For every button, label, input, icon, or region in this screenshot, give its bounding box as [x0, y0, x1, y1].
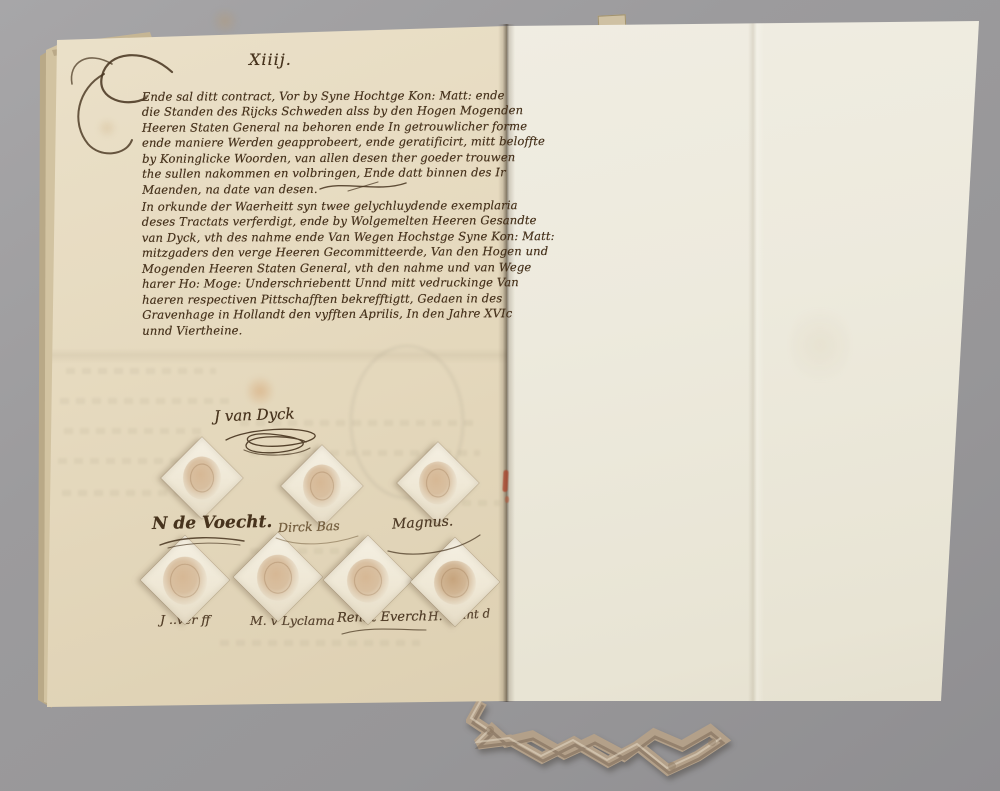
signature-underline-flourish [158, 533, 248, 551]
signature-underline-flourish [384, 531, 484, 557]
deputy-signature: Dirck Bas [278, 518, 340, 535]
photograph-of-manuscript: Xiiij. Ende sal ditt contract, Vor by Sy… [0, 0, 1000, 791]
deputy-signature: Magnus. [392, 513, 454, 532]
deputy-signature: N de Voecht. [152, 512, 273, 534]
signature-underline-flourish [272, 532, 362, 552]
signatures-row-1: N de Voecht. Dirck Bas Magnus. [0, 0, 1000, 791]
